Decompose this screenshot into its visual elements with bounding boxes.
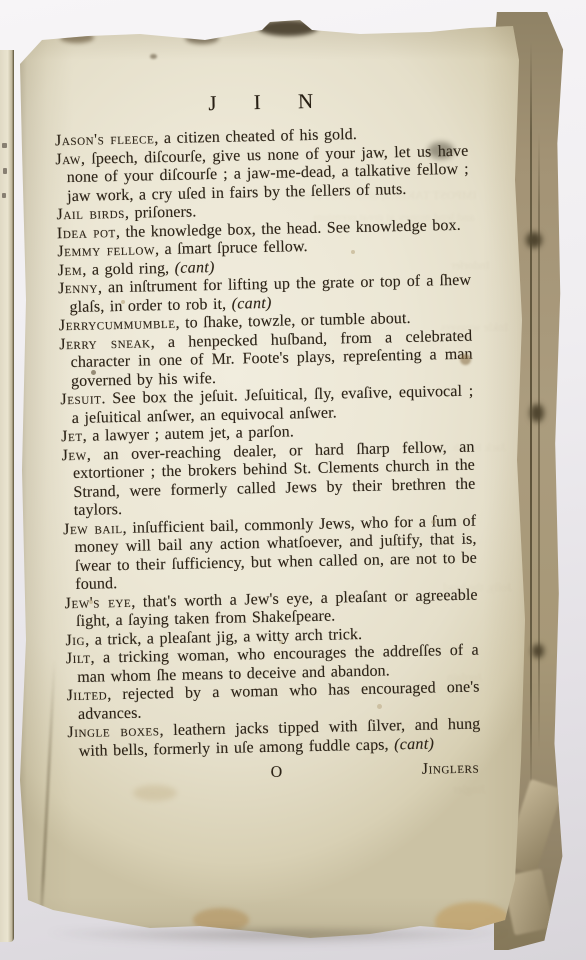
entry-headword: Jew — [61, 446, 86, 464]
page-edge-streak — [538, 132, 540, 752]
stain — [185, 32, 219, 44]
entry-headword: Jilted — [66, 686, 107, 704]
entry-headword: Jail birds — [56, 205, 125, 223]
stain — [133, 785, 177, 801]
entry-headword: Jilt — [66, 650, 91, 668]
page-edge-streak — [530, 42, 532, 802]
photo-background: IMPOST TAKERS, uſhers who attendand lend… — [0, 0, 586, 960]
stain — [60, 32, 94, 43]
entry-headword: Jew's eye — [65, 593, 132, 611]
page-edge-blotch — [530, 404, 544, 422]
page-edge-blotch — [532, 644, 544, 658]
signature-mark: O — [270, 764, 282, 782]
stain — [193, 908, 249, 932]
stain — [258, 20, 318, 36]
entry-headword: Jingle boxes — [67, 722, 159, 741]
dictionary-entry: Jaw, ſpeech, diſcourſe, give us none of … — [55, 142, 469, 206]
running-head: J I N — [54, 86, 467, 120]
entry-headword: Jew bail — [63, 519, 123, 537]
stain — [150, 54, 157, 59]
facing-page-text-mark — [2, 193, 6, 198]
dictionary-entries: Jason's fleece, a citizen cheated of his… — [55, 124, 481, 762]
facing-page-edge — [0, 50, 14, 942]
entry-headword: Jemmy fellow — [57, 241, 155, 260]
entry-headword: Jem — [58, 261, 83, 279]
cant-label: (cant) — [394, 735, 434, 753]
dictionary-entry: Jew bail, inſufficient bail, commonly Je… — [63, 512, 477, 595]
page-content: J I N Jason's fleece, a citizen cheated … — [54, 86, 481, 788]
dictionary-entry: Jingle boxes, leathern jacks tipped with… — [67, 716, 481, 762]
entry-headword: Jaw — [55, 150, 81, 168]
entry-headword: Jig — [65, 631, 85, 648]
facing-page-text-mark — [2, 143, 7, 148]
dictionary-entry: Jew, an over-reaching dealer, or hard ſh… — [61, 438, 475, 521]
entry-headword: Jerrycummumble — [59, 315, 176, 334]
entry-headword: Jet — [61, 428, 83, 445]
gutter-crease — [39, 660, 56, 930]
book-page: IMPOST TAKERS, uſhers who attendand lend… — [13, 20, 538, 942]
cant-label: (cant) — [231, 294, 271, 312]
book-shadow — [18, 930, 538, 950]
entry-headword: Idea pot — [57, 224, 116, 242]
facing-page-text-mark — [3, 168, 7, 174]
entry-headword: Jerry sneak — [59, 334, 151, 353]
dictionary-entry: Jerry sneak, a henpecked huſband, from a… — [59, 327, 473, 391]
entry-headword: Jesuit — [60, 390, 101, 408]
page-edge-blotch — [526, 232, 542, 248]
show-through-text: Jingler — [453, 782, 486, 797]
cant-label: (cant) — [174, 259, 214, 277]
page-footer: O Jinglers — [68, 760, 481, 789]
catchword: Jinglers — [422, 760, 480, 779]
entry-headword: Jason's fleece — [55, 130, 155, 149]
entry-headword: Jenny — [58, 279, 98, 297]
